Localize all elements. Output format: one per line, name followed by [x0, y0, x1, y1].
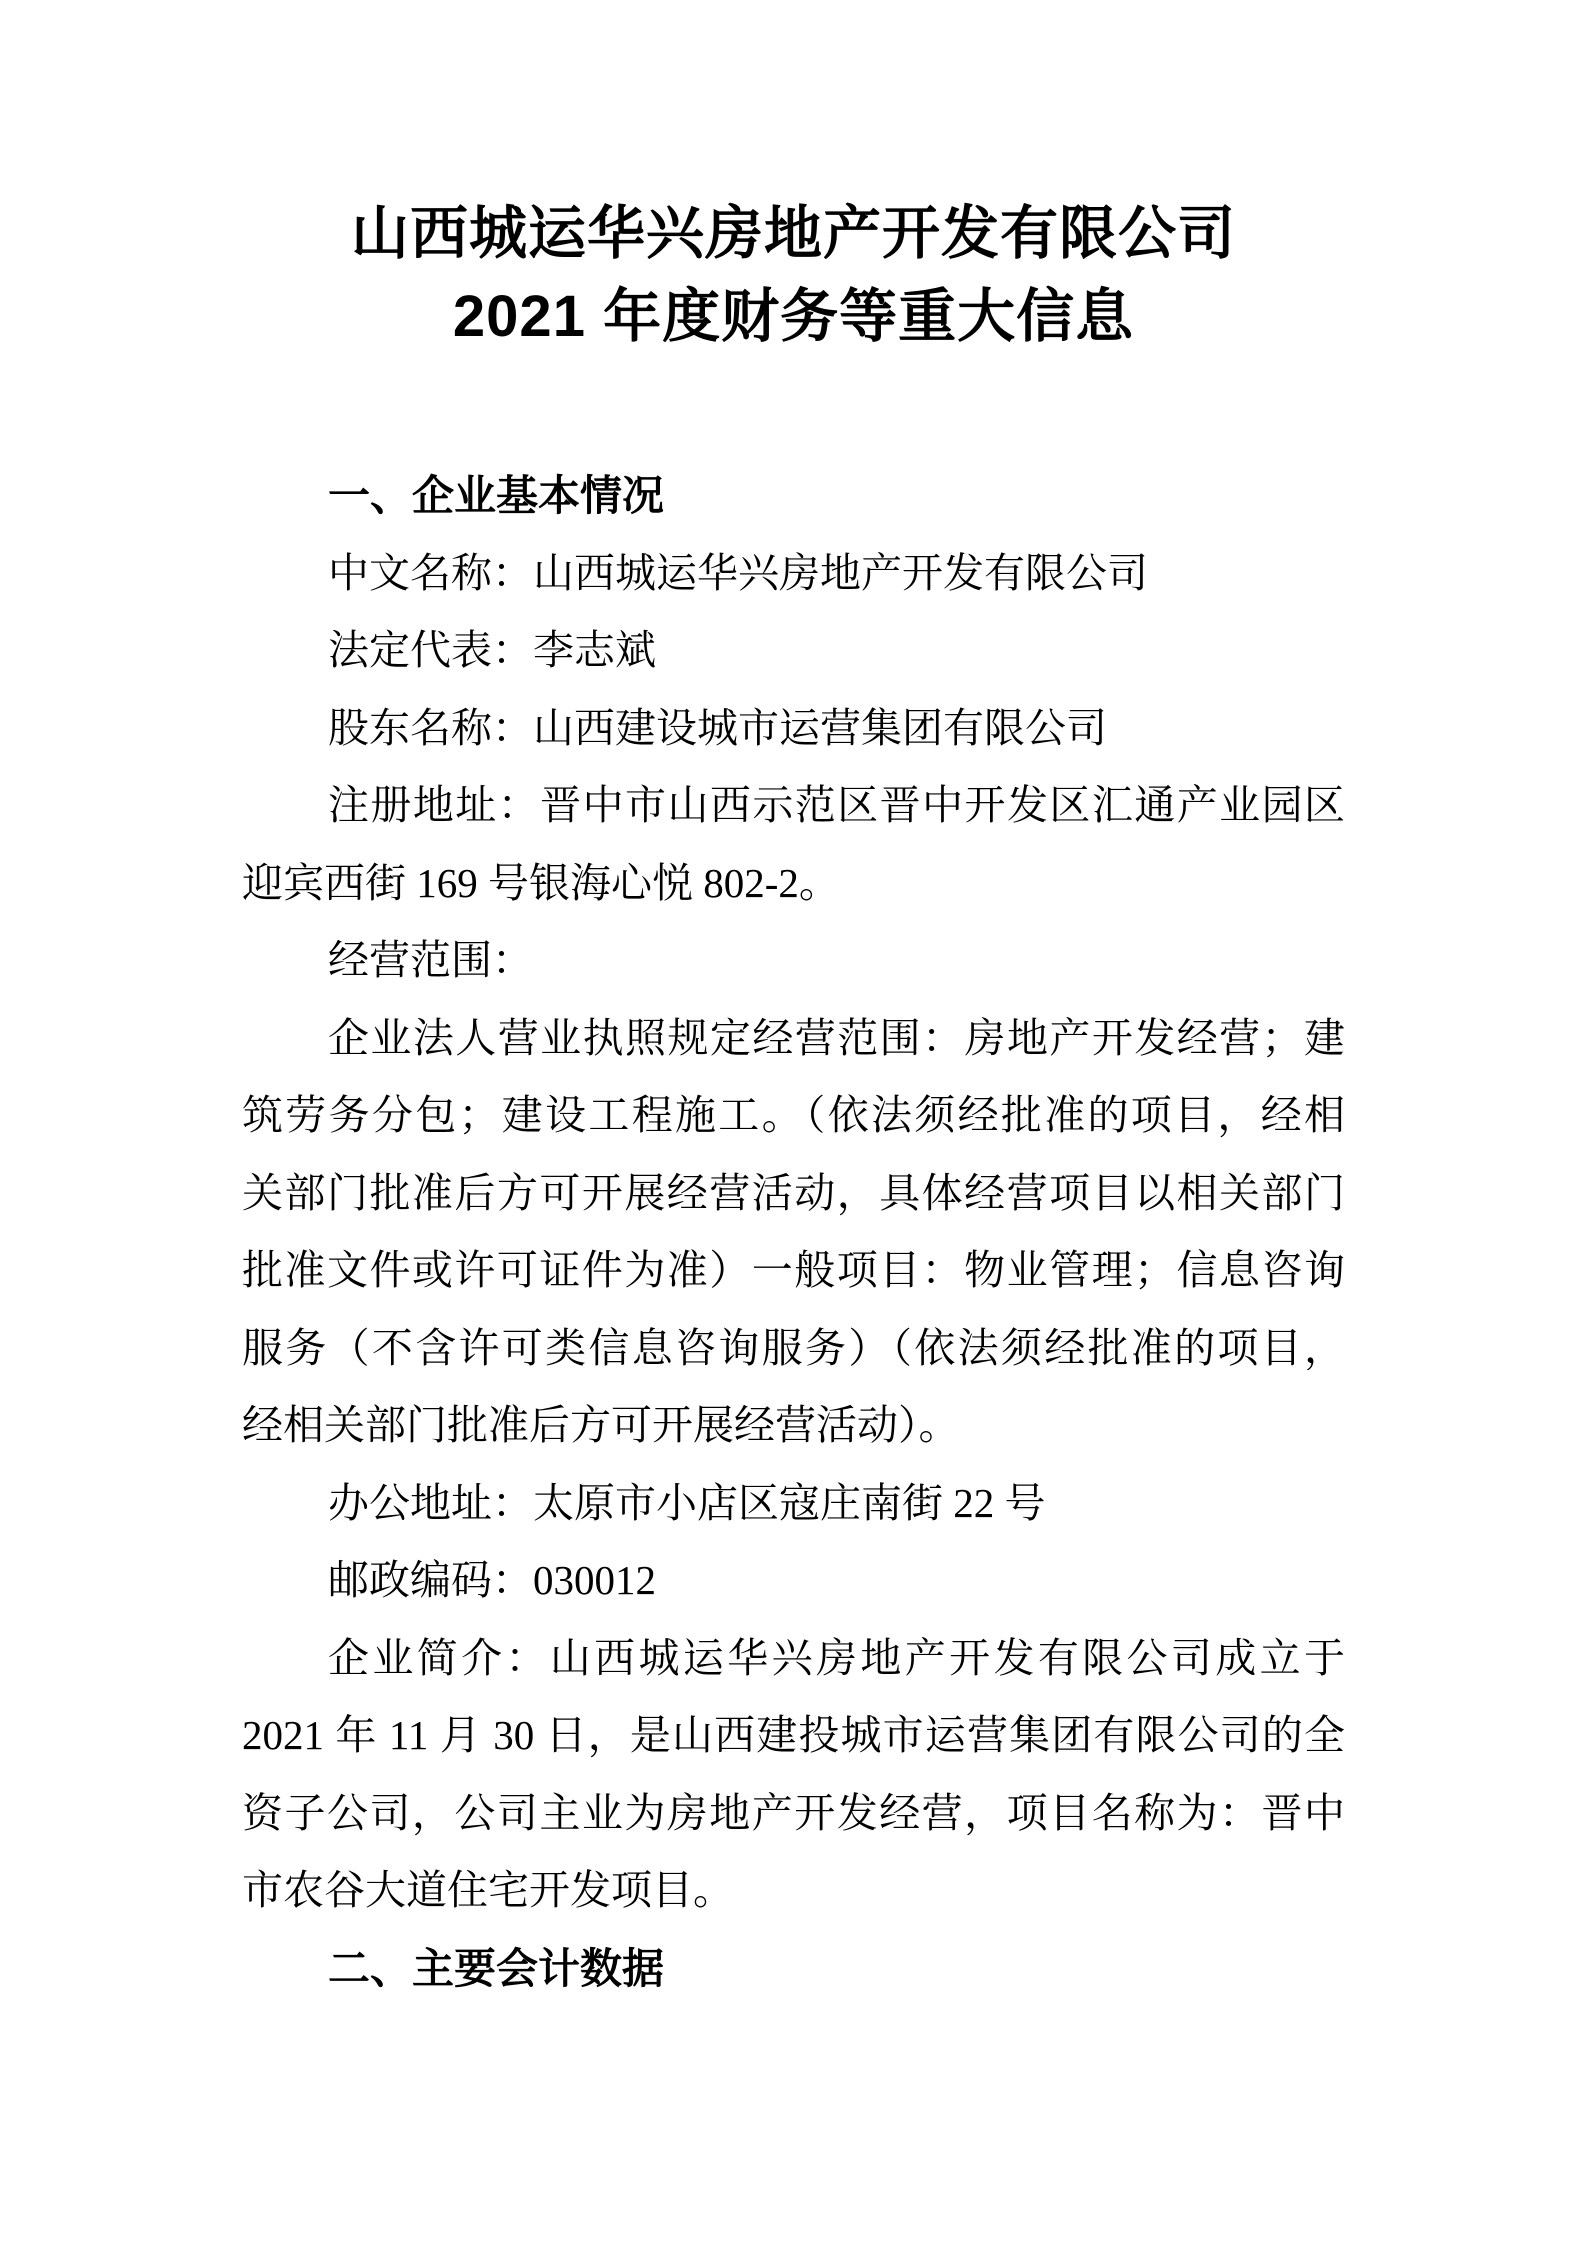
- body-text-line: 市农谷大道住宅开发项目。: [242, 1852, 1345, 1930]
- body-text-line: 企业法人营业执照规定经营范围：房地产开发经营；建: [242, 1000, 1345, 1078]
- section-heading: 一、企业基本情况: [242, 457, 1345, 535]
- body-text-line: 服务（不含许可类信息咨询服务）（依法须经批准的项目，: [242, 1310, 1345, 1388]
- body-text-line: 经营范围：: [242, 922, 1345, 1000]
- body-text-line: 关部门批准后方可开展经营活动，具体经营项目以相关部门: [242, 1155, 1345, 1233]
- body-text-line: 经相关部门批准后方可开展经营活动）。: [242, 1387, 1345, 1465]
- document-body: 一、企业基本情况中文名称：山西城运华兴房地产开发有限公司法定代表：李志斌股东名称…: [242, 457, 1345, 2007]
- body-text-line: 资子公司，公司主业为房地产开发经营，项目名称为：晋中: [242, 1775, 1345, 1853]
- body-text-line: 中文名称：山西城运华兴房地产开发有限公司: [242, 535, 1345, 613]
- body-text-line: 迎宾西街 169 号银海心悦 802-2。: [242, 845, 1345, 923]
- body-text-line: 办公地址：太原市小店区寇庄南街 22 号: [242, 1465, 1345, 1543]
- body-text-line: 筑劳务分包；建设工程施工。（依法须经批准的项目，经相: [242, 1077, 1345, 1155]
- body-text-line: 批准文件或许可证件为准）一般项目：物业管理；信息咨询: [242, 1232, 1345, 1310]
- body-text-line: 注册地址：晋中市山西示范区晋中开发区汇通产业园区: [242, 767, 1345, 845]
- body-text-line: 股东名称：山西建设城市运营集团有限公司: [242, 690, 1345, 768]
- body-text-line: 企业简介：山西城运华兴房地产开发有限公司成立于: [242, 1620, 1345, 1698]
- document-title: 山西城运华兴房地产开发有限公司 2021 年度财务等重大信息: [242, 192, 1345, 358]
- section-heading: 二、主要会计数据: [242, 1930, 1345, 2008]
- body-text-line: 邮政编码：030012: [242, 1542, 1345, 1620]
- body-text-line: 2021 年 11 月 30 日，是山西建投城市运营集团有限公司的全: [242, 1697, 1345, 1775]
- document-title-line1: 山西城运华兴房地产开发有限公司: [242, 192, 1345, 275]
- body-text-line: 法定代表：李志斌: [242, 612, 1345, 690]
- document-page: 山西城运华兴房地产开发有限公司 2021 年度财务等重大信息 一、企业基本情况中…: [0, 0, 1587, 2245]
- document-title-line2: 2021 年度财务等重大信息: [242, 275, 1345, 358]
